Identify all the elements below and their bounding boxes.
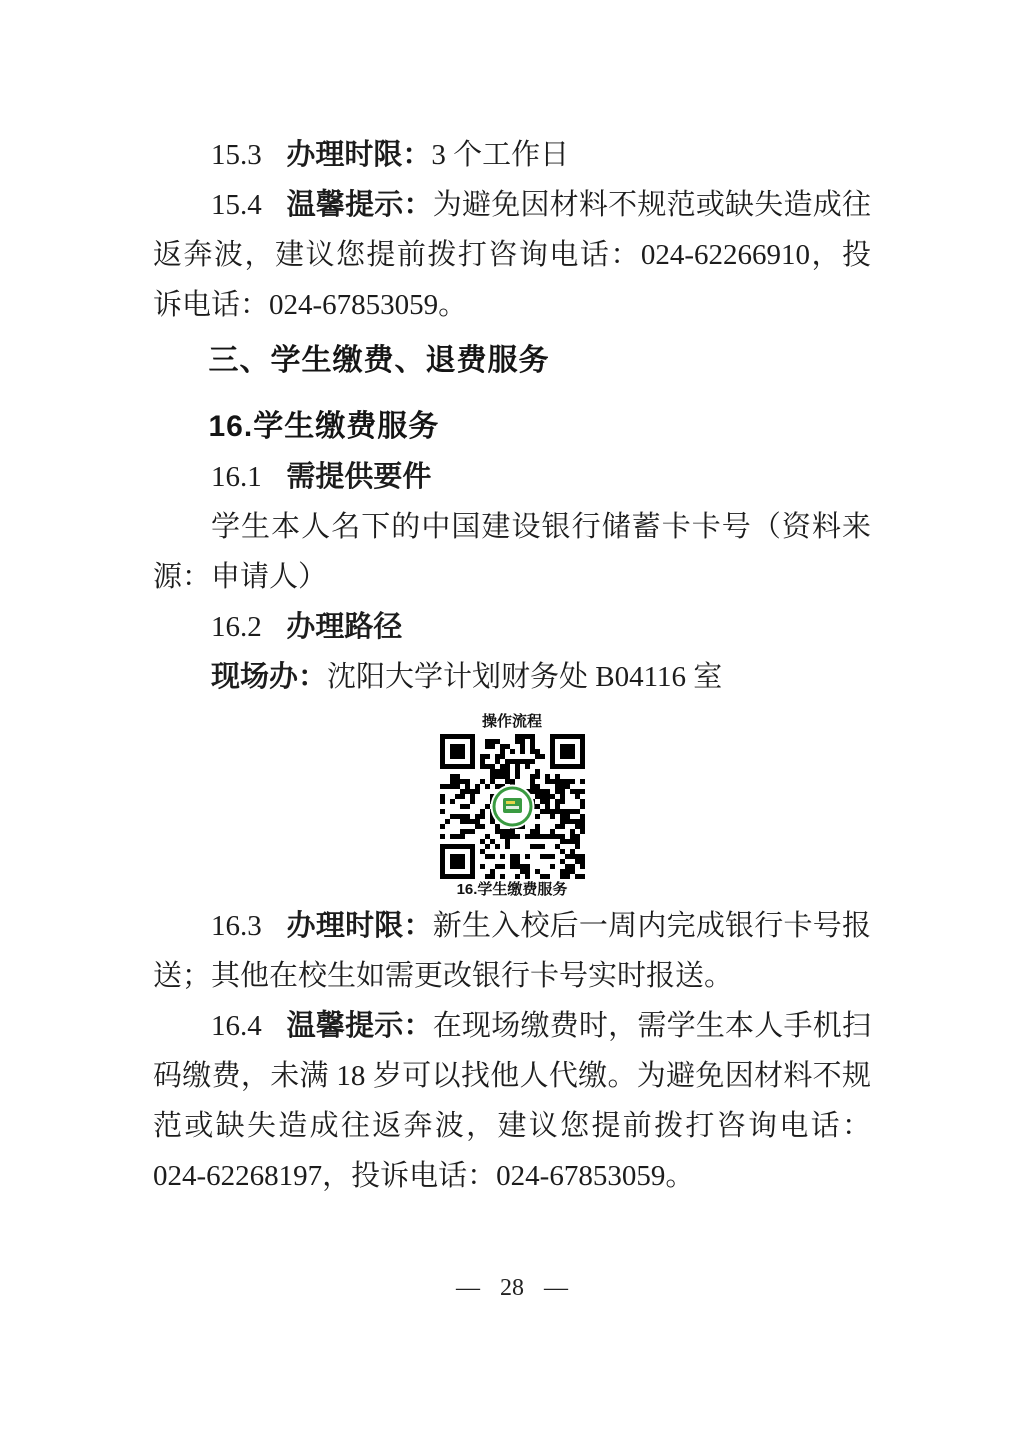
clause-label: 温馨提示： <box>286 1010 432 1042</box>
clause-number: 16.2 <box>211 611 262 643</box>
page-number: — 28 — <box>153 1273 871 1303</box>
paragraph-15-3: 15.3办理时限：3 个工作日 <box>153 130 871 180</box>
clause-label: 办理时限： <box>286 139 431 171</box>
paragraph-16-4: 16.4温馨提示：在现场缴费时，需学生本人手机扫码缴费，未满 18 岁可以找他人… <box>153 1001 871 1201</box>
clause-number: 16.3 <box>211 910 262 942</box>
clause-label: 需提供要件 <box>286 461 431 493</box>
document-content: 15.3办理时限：3 个工作日 15.4温馨提示：为避免因材料不规范或缺失造成往… <box>153 130 871 1303</box>
channel-label: 现场办： <box>211 661 327 693</box>
clause-text: 3 个工作日 <box>431 139 569 171</box>
document-page: 15.3办理时限：3 个工作日 15.4温馨提示：为避免因材料不规范或缺失造成往… <box>0 0 1024 1448</box>
paragraph-16-1-text: 学生本人名下的中国建设银行储蓄卡卡号（资料来源：申请人） <box>153 502 871 602</box>
paragraph-16-2: 16.2办理路径 <box>153 602 871 652</box>
paragraph-16-2-line: 现场办：沈阳大学计划财务处 B04116 室 <box>153 652 871 702</box>
clause-label: 办理路径 <box>286 611 402 643</box>
clause-label: 温馨提示： <box>286 189 432 221</box>
clause-number: 15.4 <box>211 189 262 221</box>
clause-number: 16.1 <box>211 461 262 493</box>
paragraph-15-4: 15.4温馨提示：为避免因材料不规范或缺失造成往返奔波，建议您提前拨打咨询电话：… <box>153 180 871 330</box>
paragraph-16-1: 16.1需提供要件 <box>153 452 871 502</box>
qr-block: 操作流程 16.学生缴费服务 <box>153 710 871 901</box>
clause-label: 办理时限： <box>286 910 432 942</box>
qr-top-label: 操作流程 <box>153 710 871 734</box>
clause-number: 16.4 <box>211 1010 262 1042</box>
qr-caption: 16.学生缴费服务 <box>153 879 871 901</box>
channel-text: 沈阳大学计划财务处 B04116 室 <box>327 661 722 693</box>
paragraph-16-3: 16.3办理时限：新生入校后一周内完成银行卡号报送；其他在校生如需更改银行卡号实… <box>153 901 871 1001</box>
item-heading: 16.学生缴费服务 <box>153 402 871 452</box>
clause-number: 15.3 <box>211 139 262 171</box>
qr-code <box>440 734 585 879</box>
section-heading: 三、学生缴费、退费服务 <box>153 336 871 386</box>
